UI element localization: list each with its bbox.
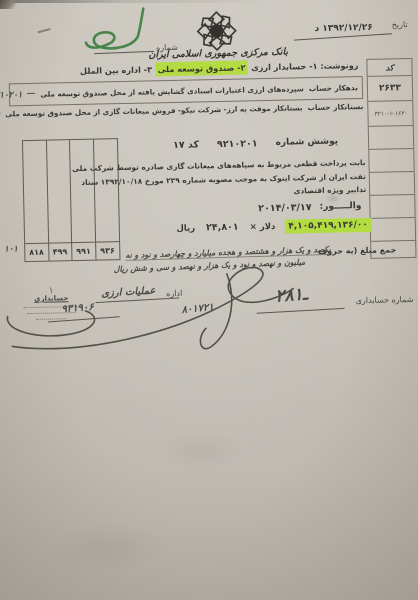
coverage-number: ۹۲۱۰۲۰۱ <box>217 138 258 150</box>
pen-mark <box>38 28 51 33</box>
usd-unit: دلار × <box>250 222 276 233</box>
code-empty-cell <box>370 195 414 219</box>
bank-name: بانک مرکزی جمهوری اسلامی ایران <box>138 46 298 60</box>
amount-grid: ۸۱۸ ۴۹۹ ۹۹۱ ۹۳۶ <box>22 138 121 262</box>
rate-unit: ریال <box>176 224 195 234</box>
code-empty-cell <box>371 218 415 242</box>
amount-line: ۴,۱۰۵,۴۱۹,۱۳۶/۰۰ دلار × ۲۴,۸۰۱ ریال <box>176 219 370 234</box>
debit-account-number: ۹۲۱۰۲۰۱ <box>0 90 22 101</box>
exchange-rate: ۲۴,۸۰۱ <box>206 222 239 234</box>
green-pen-note <box>83 3 156 54</box>
cc-line: رونوشت: ۱- حسابدار ارزی ۲- صندوق توسعه م… <box>80 60 359 76</box>
debit-label: بدهکار حساب <box>309 83 358 93</box>
cc-suffix: ۳- اداره بین الملل <box>80 64 152 76</box>
date-underline <box>294 33 392 40</box>
cc-highlight: ۲- صندوق توسعه ملی <box>158 62 246 74</box>
debit-text: سپرده‌های ارزی اعتبارات اسنادی گشایش یاف… <box>40 84 304 99</box>
central-bank-logo-icon <box>195 10 238 53</box>
date-value: ۱۳۹۲/۱۲/۲۶ د <box>298 22 390 34</box>
grid-outside-value: ۱۰۱ <box>4 244 18 254</box>
accounting-number-label: شماره حسابداری <box>356 295 414 305</box>
cc-prefix: رونوشت: ۱- حسابدار ارزی <box>251 60 359 72</box>
code-cell-credit: ۳۲۱۰-۱-۱۶۴۰ <box>368 101 413 127</box>
date-label: تاریخ <box>392 20 408 29</box>
code-empty-cell <box>369 149 413 173</box>
credit-label: بستانکار حساب <box>307 102 363 112</box>
code-column-header: کد <box>367 59 411 77</box>
valor-label: والـــــور: <box>319 201 361 213</box>
code-empty-cell <box>370 172 414 196</box>
filler-line <box>27 92 35 93</box>
debit-row: بدهکار حساب سپرده‌های ارزی اعتبارات اسنا… <box>9 76 363 106</box>
code-column: کد ۲۶۳۳ ۳۲۱۰-۱-۱۶۴۰ <box>366 58 416 259</box>
scan-blemish <box>156 430 247 472</box>
scan-blemish <box>48 521 169 574</box>
usd-amount-highlighted: ۴,۱۰۵,۴۱۹,۱۳۶/۰۰ <box>286 220 370 232</box>
coverage-line: پوشش شماره ۹۲۱۰۲۰۱ کد ۱۷ <box>173 137 338 151</box>
grid-cell-empty <box>23 141 49 243</box>
payment-description: بابت پرداخت قطعی مربوط به سیاهه‌های میعا… <box>115 156 366 202</box>
code-empty-cell <box>369 126 413 150</box>
code-cell-debit: ۲۶۳۳ <box>368 76 413 102</box>
grid-cell-empty <box>70 140 96 242</box>
valor-date: ۲۰۱۴/۰۳/۱۷ <box>258 202 312 214</box>
scanned-bank-document: تاریخ ۱۳۹۲/۱۲/۲۶ د شماره بانک مرکزی جمهو… <box>0 0 418 600</box>
signature <box>2 248 314 369</box>
grid-cell-empty <box>46 140 72 242</box>
coverage-label: پوشش شماره <box>275 137 338 149</box>
document-content: تاریخ ۱۳۹۲/۱۲/۲۶ د شماره بانک مرکزی جمهو… <box>0 0 418 600</box>
coverage-code: کد ۱۷ <box>173 139 199 151</box>
valor-line: والـــــور: ۲۰۱۴/۰۳/۱۷ <box>258 201 361 214</box>
